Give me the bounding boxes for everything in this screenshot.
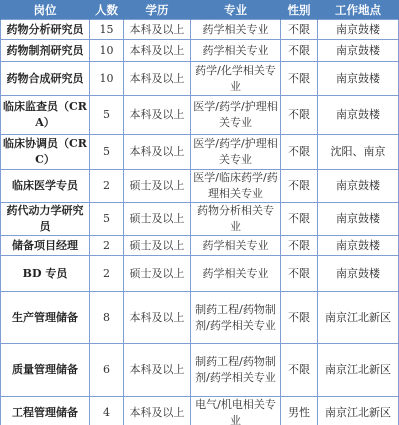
header-location: 工作地点: [318, 0, 399, 20]
cell-major: 电气/机电相关专业: [191, 397, 281, 425]
cell-location: 南京鼓楼: [318, 40, 399, 62]
cell-count: 4: [90, 397, 124, 425]
header-education: 学历: [124, 0, 191, 20]
cell-education: 硕士及以上: [124, 236, 191, 256]
cell-location: 南京鼓楼: [318, 96, 399, 135]
table-header-row: 岗位 人数 学历 专业 性别 工作地点: [1, 0, 399, 20]
cell-location: 南京鼓楼: [318, 203, 399, 236]
cell-major: 药物分析相关专业: [191, 203, 281, 236]
cell-location: 南京鼓楼: [318, 62, 399, 96]
table-row: 临床协调员（CRC）5本科及以上医学/药学/护理相关专业不限沈阳、南京: [1, 135, 399, 170]
cell-count: 8: [90, 292, 124, 344]
cell-position: 质量管理储备: [1, 344, 90, 397]
cell-position: 药物合成研究员: [1, 62, 90, 96]
table-row: BD 专员2硕士及以上药学相关专业不限南京鼓楼: [1, 256, 399, 292]
cell-gender: 男性: [281, 397, 318, 425]
cell-location: 南京鼓楼: [318, 236, 399, 256]
cell-gender: 不限: [281, 236, 318, 256]
cell-major: 药学相关专业: [191, 20, 281, 40]
table-row: 临床监查员（CRA）5本科及以上医学/药学/护理相关专业不限南京鼓楼: [1, 96, 399, 135]
header-count: 人数: [90, 0, 124, 20]
cell-location: 南京江北新区: [318, 344, 399, 397]
cell-education: 本科及以上: [124, 397, 191, 425]
cell-position: 临床协调员（CRC）: [1, 135, 90, 170]
cell-major: 制药工程/药物制剂/药学相关专业: [191, 292, 281, 344]
cell-gender: 不限: [281, 292, 318, 344]
cell-count: 2: [90, 236, 124, 256]
cell-major: 医学/药学/护理相关专业: [191, 96, 281, 135]
cell-count: 6: [90, 344, 124, 397]
cell-position: 临床医学专员: [1, 170, 90, 203]
cell-count: 5: [90, 203, 124, 236]
cell-gender: 不限: [281, 96, 318, 135]
cell-major: 药学相关专业: [191, 256, 281, 292]
header-gender: 性别: [281, 0, 318, 20]
cell-location: 沈阳、南京: [318, 135, 399, 170]
cell-count: 5: [90, 96, 124, 135]
cell-major: 药学相关专业: [191, 236, 281, 256]
cell-position: 工程管理储备: [1, 397, 90, 425]
cell-count: 10: [90, 62, 124, 96]
cell-gender: 不限: [281, 344, 318, 397]
cell-education: 本科及以上: [124, 40, 191, 62]
cell-count: 15: [90, 20, 124, 40]
cell-location: 南京鼓楼: [318, 20, 399, 40]
cell-major: 药学/化学相关专业: [191, 62, 281, 96]
cell-location: 南京鼓楼: [318, 256, 399, 292]
cell-education: 硕士及以上: [124, 256, 191, 292]
cell-count: 10: [90, 40, 124, 62]
cell-gender: 不限: [281, 40, 318, 62]
cell-gender: 不限: [281, 170, 318, 203]
table-row: 药物分析研究员15本科及以上药学相关专业不限南京鼓楼: [1, 20, 399, 40]
cell-position: BD 专员: [1, 256, 90, 292]
cell-education: 本科及以上: [124, 96, 191, 135]
cell-major: 医学/临床药学/药理相关专业: [191, 170, 281, 203]
cell-education: 本科及以上: [124, 62, 191, 96]
cell-count: 2: [90, 256, 124, 292]
cell-major: 药学相关专业: [191, 40, 281, 62]
cell-location: 南京江北新区: [318, 292, 399, 344]
cell-location: 南京江北新区: [318, 397, 399, 425]
cell-major: 制药工程/药物制剂/药学相关专业: [191, 344, 281, 397]
table-row: 药代动力学研究员5硕士及以上药物分析相关专业不限南京鼓楼: [1, 203, 399, 236]
header-position: 岗位: [1, 0, 90, 20]
cell-location: 南京鼓楼: [318, 170, 399, 203]
table-row: 生产管理储备8本科及以上制药工程/药物制剂/药学相关专业不限南京江北新区: [1, 292, 399, 344]
cell-education: 本科及以上: [124, 292, 191, 344]
cell-gender: 不限: [281, 256, 318, 292]
cell-count: 5: [90, 135, 124, 170]
cell-position: 生产管理储备: [1, 292, 90, 344]
table-row: 临床医学专员2硕士及以上医学/临床药学/药理相关专业不限南京鼓楼: [1, 170, 399, 203]
header-major: 专业: [191, 0, 281, 20]
cell-position: 储备项目经理: [1, 236, 90, 256]
cell-position: 药物分析研究员: [1, 20, 90, 40]
table-row: 储备项目经理2硕士及以上药学相关专业不限南京鼓楼: [1, 236, 399, 256]
cell-gender: 不限: [281, 203, 318, 236]
cell-education: 硕士及以上: [124, 203, 191, 236]
cell-position: 药物制剂研究员: [1, 40, 90, 62]
cell-gender: 不限: [281, 20, 318, 40]
table-row: 药物合成研究员10本科及以上药学/化学相关专业不限南京鼓楼: [1, 62, 399, 96]
cell-position: 临床监查员（CRA）: [1, 96, 90, 135]
cell-position: 药代动力学研究员: [1, 203, 90, 236]
cell-count: 2: [90, 170, 124, 203]
cell-education: 硕士及以上: [124, 170, 191, 203]
table-row: 质量管理储备6本科及以上制药工程/药物制剂/药学相关专业不限南京江北新区: [1, 344, 399, 397]
cell-education: 本科及以上: [124, 135, 191, 170]
cell-major: 医学/药学/护理相关专业: [191, 135, 281, 170]
cell-education: 本科及以上: [124, 344, 191, 397]
table-row: 药物制剂研究员10本科及以上药学相关专业不限南京鼓楼: [1, 40, 399, 62]
cell-gender: 不限: [281, 62, 318, 96]
job-openings-table: 岗位 人数 学历 专业 性别 工作地点 药物分析研究员15本科及以上药学相关专业…: [0, 0, 399, 425]
cell-gender: 不限: [281, 135, 318, 170]
table-row: 工程管理储备4本科及以上电气/机电相关专业男性南京江北新区: [1, 397, 399, 425]
cell-education: 本科及以上: [124, 20, 191, 40]
